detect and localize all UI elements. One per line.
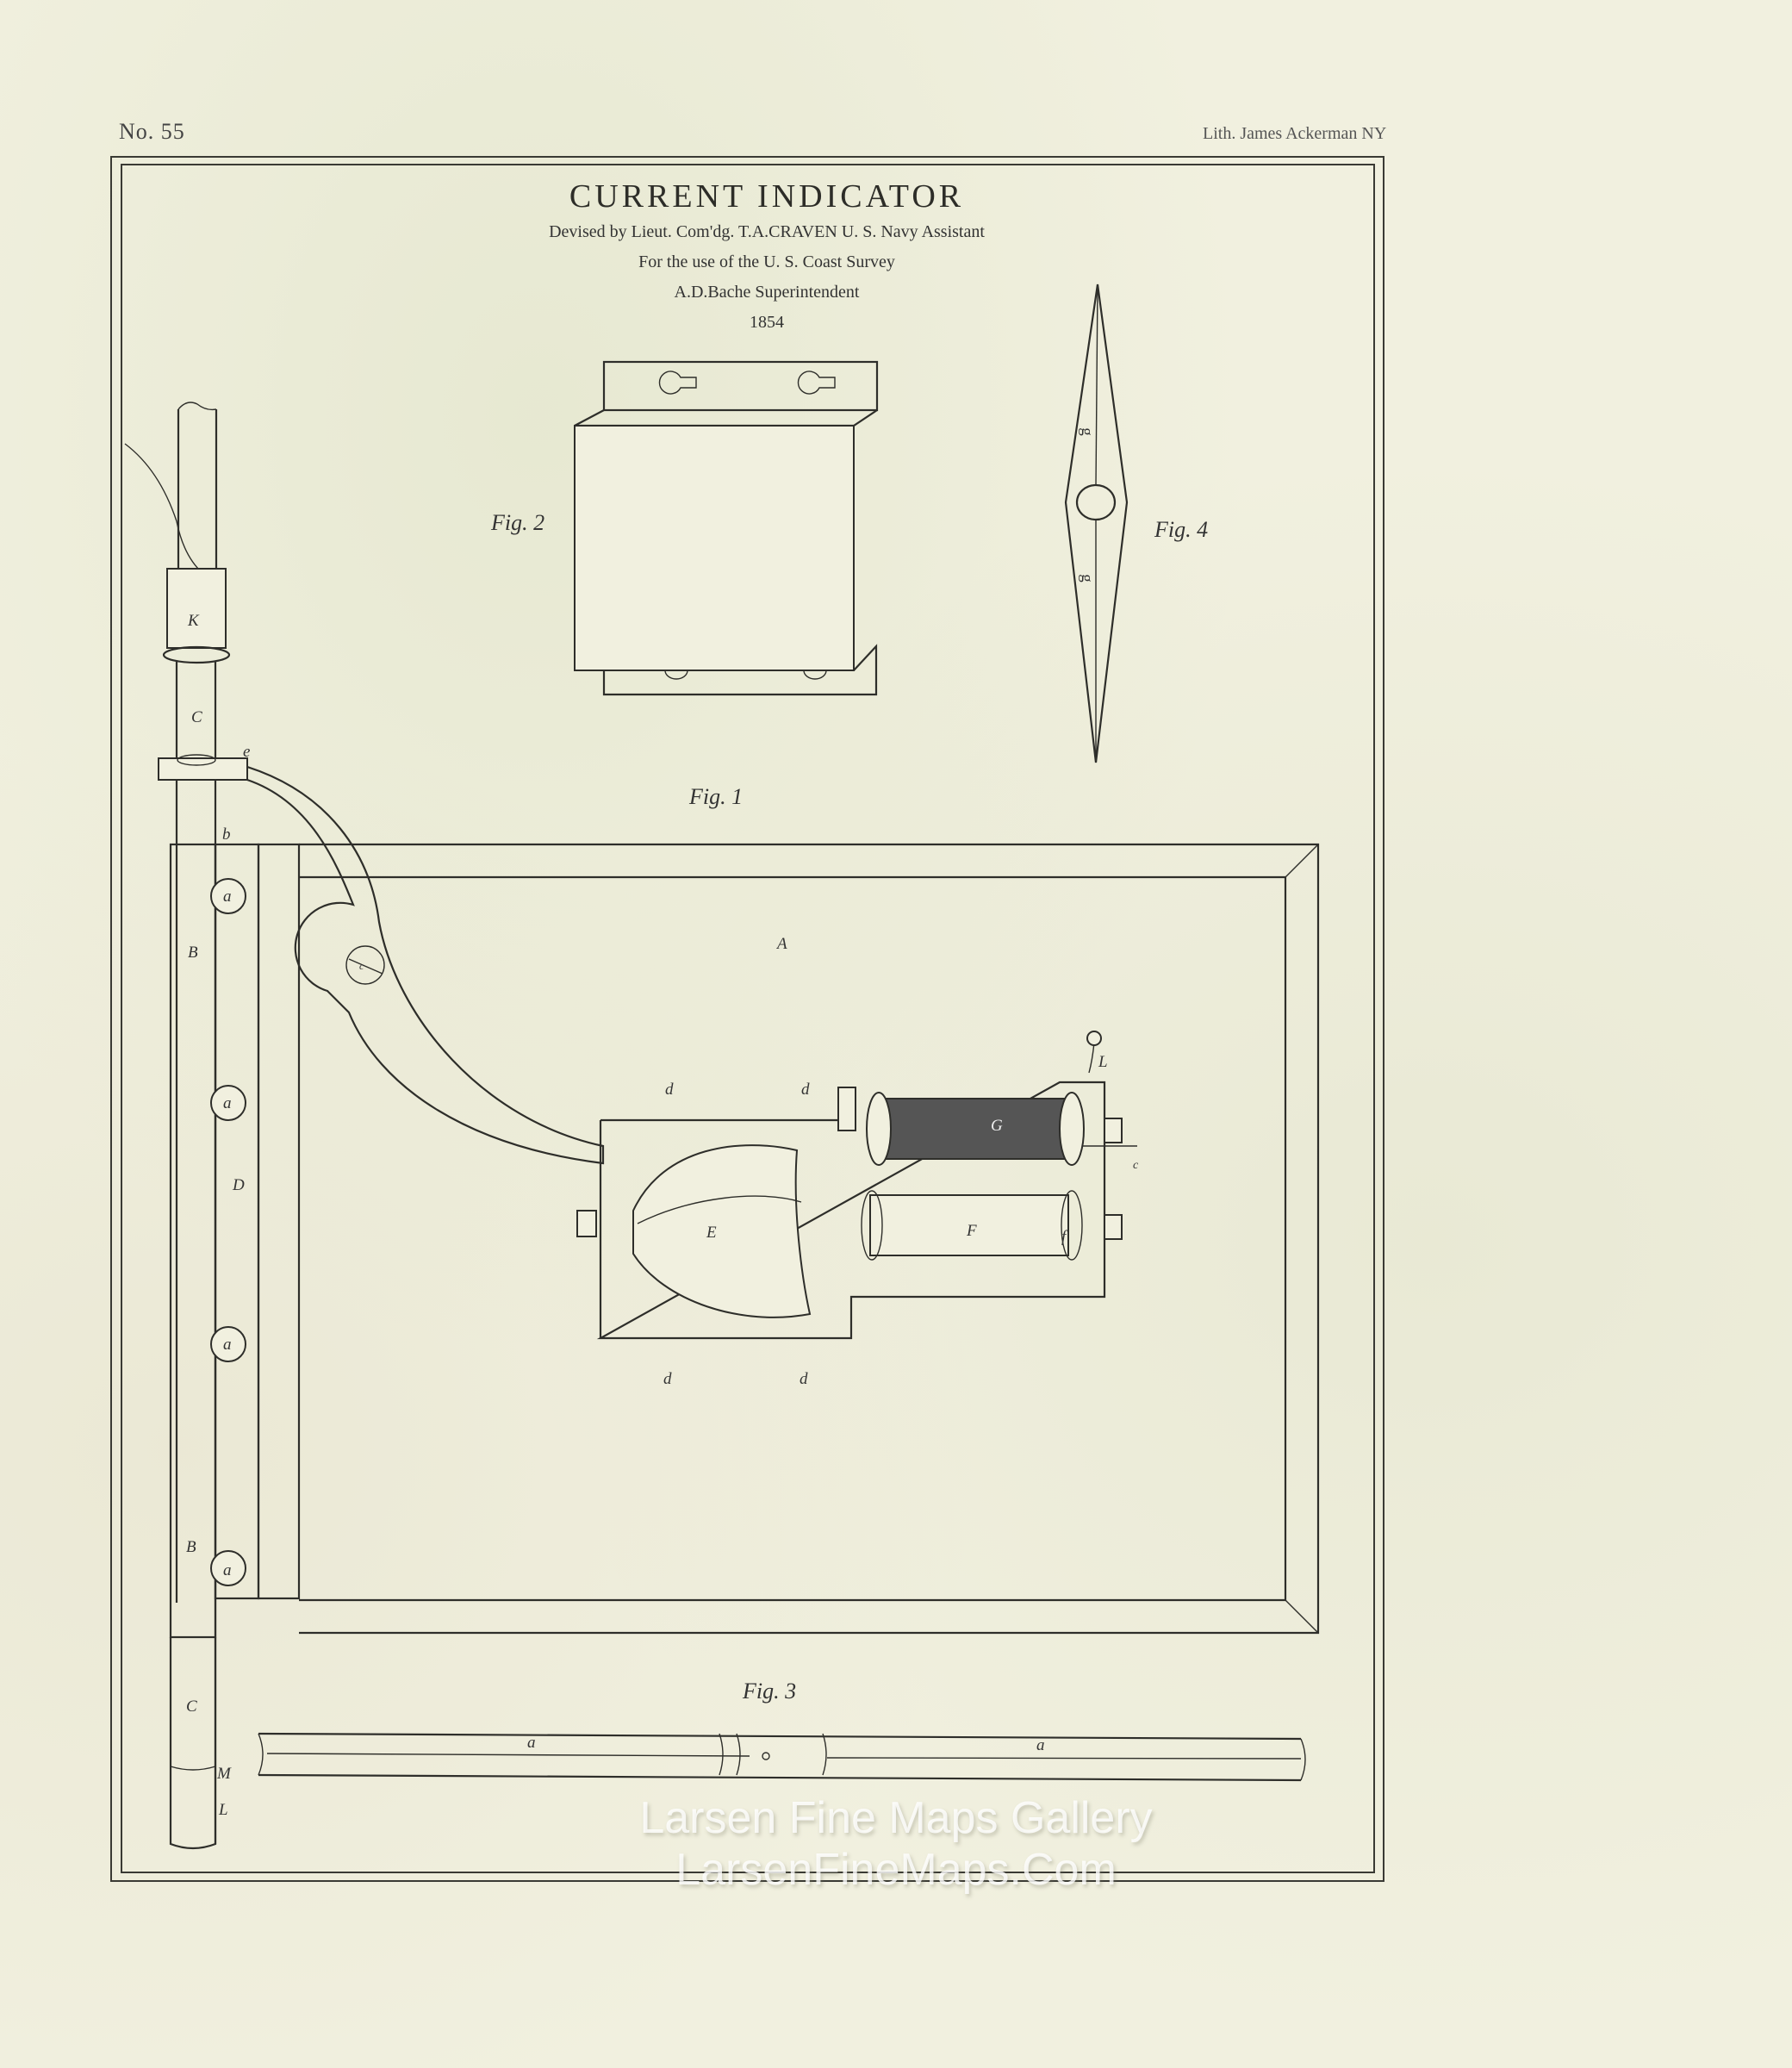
- fig3-rod-drawing: [258, 1734, 1305, 1780]
- label-A: A: [777, 935, 787, 954]
- label-G: G: [991, 1117, 1003, 1136]
- label-d-3: d: [663, 1370, 672, 1389]
- technical-drawing: [0, 0, 1792, 2068]
- fig2-label: Fig. 2: [491, 510, 544, 536]
- label-b: b: [222, 825, 231, 844]
- label-d-2: d: [801, 1081, 810, 1099]
- label-L-coil: L: [1098, 1053, 1108, 1072]
- label-g-upper: g: [1077, 427, 1096, 436]
- fig4-vane-drawing: [1066, 284, 1127, 763]
- label-c-coil: c: [1133, 1159, 1138, 1173]
- label-d-1: d: [665, 1081, 674, 1099]
- label-B-lower: B: [186, 1538, 196, 1557]
- label-E: E: [706, 1224, 717, 1243]
- fig1-frame-drawing: [299, 844, 1318, 1633]
- label-c-pivot: c: [359, 960, 364, 973]
- label-a-3: a: [223, 1336, 232, 1355]
- fig3-label: Fig. 3: [743, 1679, 796, 1704]
- label-a-2: a: [223, 1094, 232, 1113]
- label-M: M: [217, 1765, 231, 1784]
- fig2-bracket-drawing: [575, 362, 877, 695]
- fig3-label-a-left: a: [527, 1734, 536, 1753]
- label-D: D: [233, 1176, 245, 1195]
- label-e: e: [243, 743, 250, 762]
- label-a-4: a: [223, 1561, 232, 1580]
- label-d-4: d: [800, 1370, 808, 1389]
- label-F: F: [967, 1222, 977, 1241]
- label-K: K: [188, 612, 199, 631]
- label-f: f: [1061, 1228, 1066, 1247]
- watermark-url: LarsenFineMaps.Com: [0, 1844, 1792, 1896]
- fig4-label: Fig. 4: [1154, 517, 1208, 543]
- label-g-lower: g: [1077, 574, 1096, 582]
- fig3-label-a-right: a: [1036, 1736, 1045, 1755]
- label-a-1: a: [223, 888, 232, 906]
- fig1-mechanism-drawing: [577, 1031, 1137, 1338]
- label-C-lower: C: [186, 1697, 197, 1716]
- label-B-upper: B: [188, 944, 198, 962]
- watermark-gallery: Larsen Fine Maps Gallery: [0, 1792, 1792, 1844]
- label-C-upper: C: [191, 708, 202, 727]
- fig1-label: Fig. 1: [689, 784, 743, 810]
